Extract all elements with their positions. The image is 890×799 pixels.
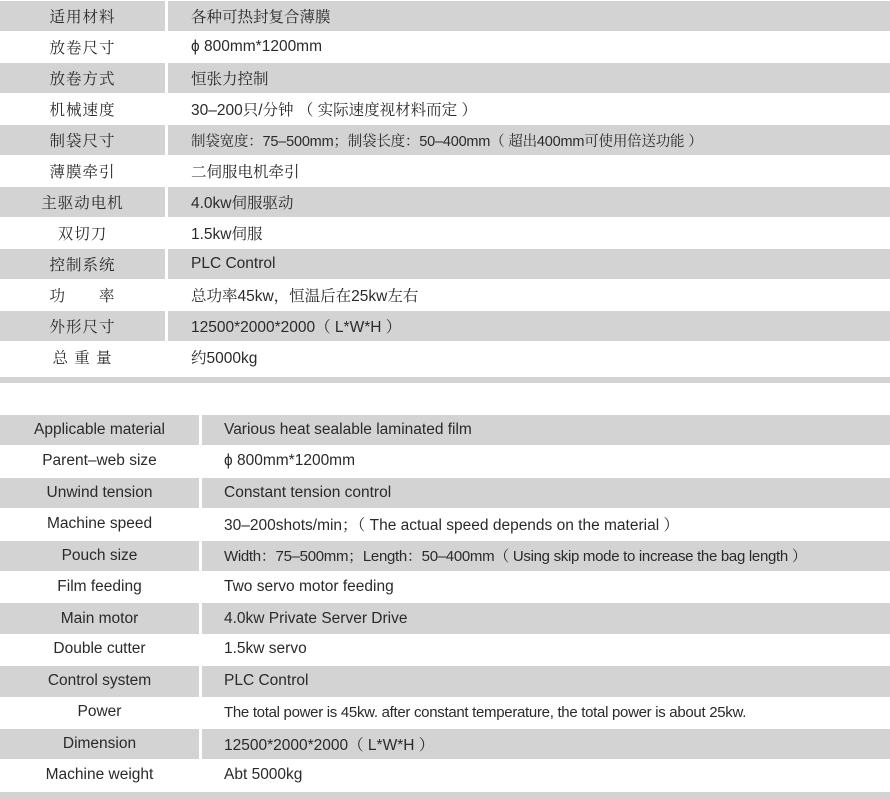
spec-row: Pouch size Width：75–500mm；Length：50–400m… <box>0 540 890 571</box>
spec-value: 制袋宽度：75–500mm；制袋长度：50–400mm（ 超出400mm可使用倍… <box>168 125 890 155</box>
spec-row: Machine speed 30–200shots/min；（ The actu… <box>0 508 890 539</box>
spec-row: 放卷方式 恒张力控制 <box>0 62 890 93</box>
spec-value: Two servo motor feeding <box>202 571 890 602</box>
spec-value: 12500*2000*2000（ L*W*H ） <box>168 311 890 341</box>
spec-label: Parent–web size <box>0 445 202 476</box>
spec-row: Parent–web size ϕ 800mm*1200mm <box>0 445 890 476</box>
spec-table-english: Applicable material Various heat sealabl… <box>0 414 890 791</box>
spec-value: 1.5kw servo <box>202 634 890 665</box>
spec-value: ϕ 800mm*1200mm <box>202 445 890 476</box>
table-bottom-bar <box>0 377 890 383</box>
spec-row: 功 率 总功率45kw，恒温后在25kw左右 <box>0 279 890 310</box>
table-bottom-bar <box>0 792 890 799</box>
spec-row: 外形尺寸 12500*2000*2000（ L*W*H ） <box>0 310 890 341</box>
spec-value: 4.0kw Private Server Drive <box>202 603 890 633</box>
spec-value: 30–200shots/min；（ The actual speed depen… <box>202 508 890 539</box>
spec-label: Double cutter <box>0 634 202 665</box>
spec-row: 主驱动电机 4.0kw伺服驱动 <box>0 186 890 217</box>
spec-label: Pouch size <box>0 541 202 571</box>
spec-row: Control system PLC Control <box>0 665 890 696</box>
spec-row: Unwind tension Constant tension control <box>0 477 890 508</box>
spec-value: PLC Control <box>168 249 890 279</box>
spec-label: 机械速度 <box>0 93 168 124</box>
spec-value: The total power is 45kw. after constant … <box>202 697 890 728</box>
spec-label: Power <box>0 697 202 728</box>
spec-label: Machine speed <box>0 508 202 539</box>
spec-value: Various heat sealable laminated film <box>202 415 890 445</box>
spec-row: 适用材料 各种可热封复合薄膜 <box>0 0 890 31</box>
spec-value: 恒张力控制 <box>168 63 890 93</box>
spec-value: 二伺服电机牵引 <box>168 155 890 186</box>
spec-value: Abt 5000kg <box>202 759 890 790</box>
spec-label: 薄膜牵引 <box>0 155 168 186</box>
spec-label: 放卷尺寸 <box>0 31 168 62</box>
spec-value: 12500*2000*2000（ L*W*H ） <box>202 729 890 759</box>
spec-label: 控制系统 <box>0 249 168 279</box>
spec-value: 1.5kw伺服 <box>168 217 890 248</box>
spec-row: 总 重 量 约5000kg <box>0 341 890 372</box>
spec-label: Film feeding <box>0 571 202 602</box>
spec-row: Film feeding Two servo motor feeding <box>0 571 890 602</box>
spec-label: Control system <box>0 666 202 696</box>
spec-row: 控制系统 PLC Control <box>0 248 890 279</box>
spec-value: 约5000kg <box>168 341 890 372</box>
spec-value: ϕ 800mm*1200mm <box>168 31 890 62</box>
spec-label: 功 率 <box>0 279 168 310</box>
spec-row: Main motor 4.0kw Private Server Drive <box>0 602 890 633</box>
spec-label: Machine weight <box>0 759 202 790</box>
spec-row: Applicable material Various heat sealabl… <box>0 414 890 445</box>
spec-row: 双切刀 1.5kw伺服 <box>0 217 890 248</box>
spec-value: Width：75–500mm；Length：50–400mm（ Using sk… <box>202 541 890 571</box>
spec-label: 放卷方式 <box>0 63 168 93</box>
spec-row: 放卷尺寸 ϕ 800mm*1200mm <box>0 31 890 62</box>
spec-label: 主驱动电机 <box>0 187 168 217</box>
spec-value: PLC Control <box>202 666 890 696</box>
spec-row: Dimension 12500*2000*2000（ L*W*H ） <box>0 728 890 759</box>
spec-row: Power The total power is 45kw. after con… <box>0 697 890 728</box>
spec-label: Unwind tension <box>0 478 202 508</box>
spec-value: Constant tension control <box>202 478 890 508</box>
spec-value: 各种可热封复合薄膜 <box>168 1 890 31</box>
spec-row: 薄膜牵引 二伺服电机牵引 <box>0 155 890 186</box>
spec-table-chinese: 适用材料 各种可热封复合薄膜 放卷尺寸 ϕ 800mm*1200mm 放卷方式 … <box>0 0 890 372</box>
spec-row: 机械速度 30–200只/分钟 （ 实际速度视材料而定 ） <box>0 93 890 124</box>
spec-label: 总 重 量 <box>0 341 168 372</box>
spec-row: 制袋尺寸 制袋宽度：75–500mm；制袋长度：50–400mm（ 超出400m… <box>0 124 890 155</box>
spec-label: 双切刀 <box>0 217 168 248</box>
spec-label: 外形尺寸 <box>0 311 168 341</box>
spec-label: Main motor <box>0 603 202 633</box>
spec-value: 30–200只/分钟 （ 实际速度视材料而定 ） <box>168 93 890 124</box>
spec-row: Double cutter 1.5kw servo <box>0 634 890 665</box>
spec-label: Dimension <box>0 729 202 759</box>
spec-value: 4.0kw伺服驱动 <box>168 187 890 217</box>
spec-label: 制袋尺寸 <box>0 125 168 155</box>
spec-label: 适用材料 <box>0 1 168 31</box>
spec-label: Applicable material <box>0 415 202 445</box>
spec-value: 总功率45kw，恒温后在25kw左右 <box>168 279 890 310</box>
spec-row: Machine weight Abt 5000kg <box>0 759 890 790</box>
